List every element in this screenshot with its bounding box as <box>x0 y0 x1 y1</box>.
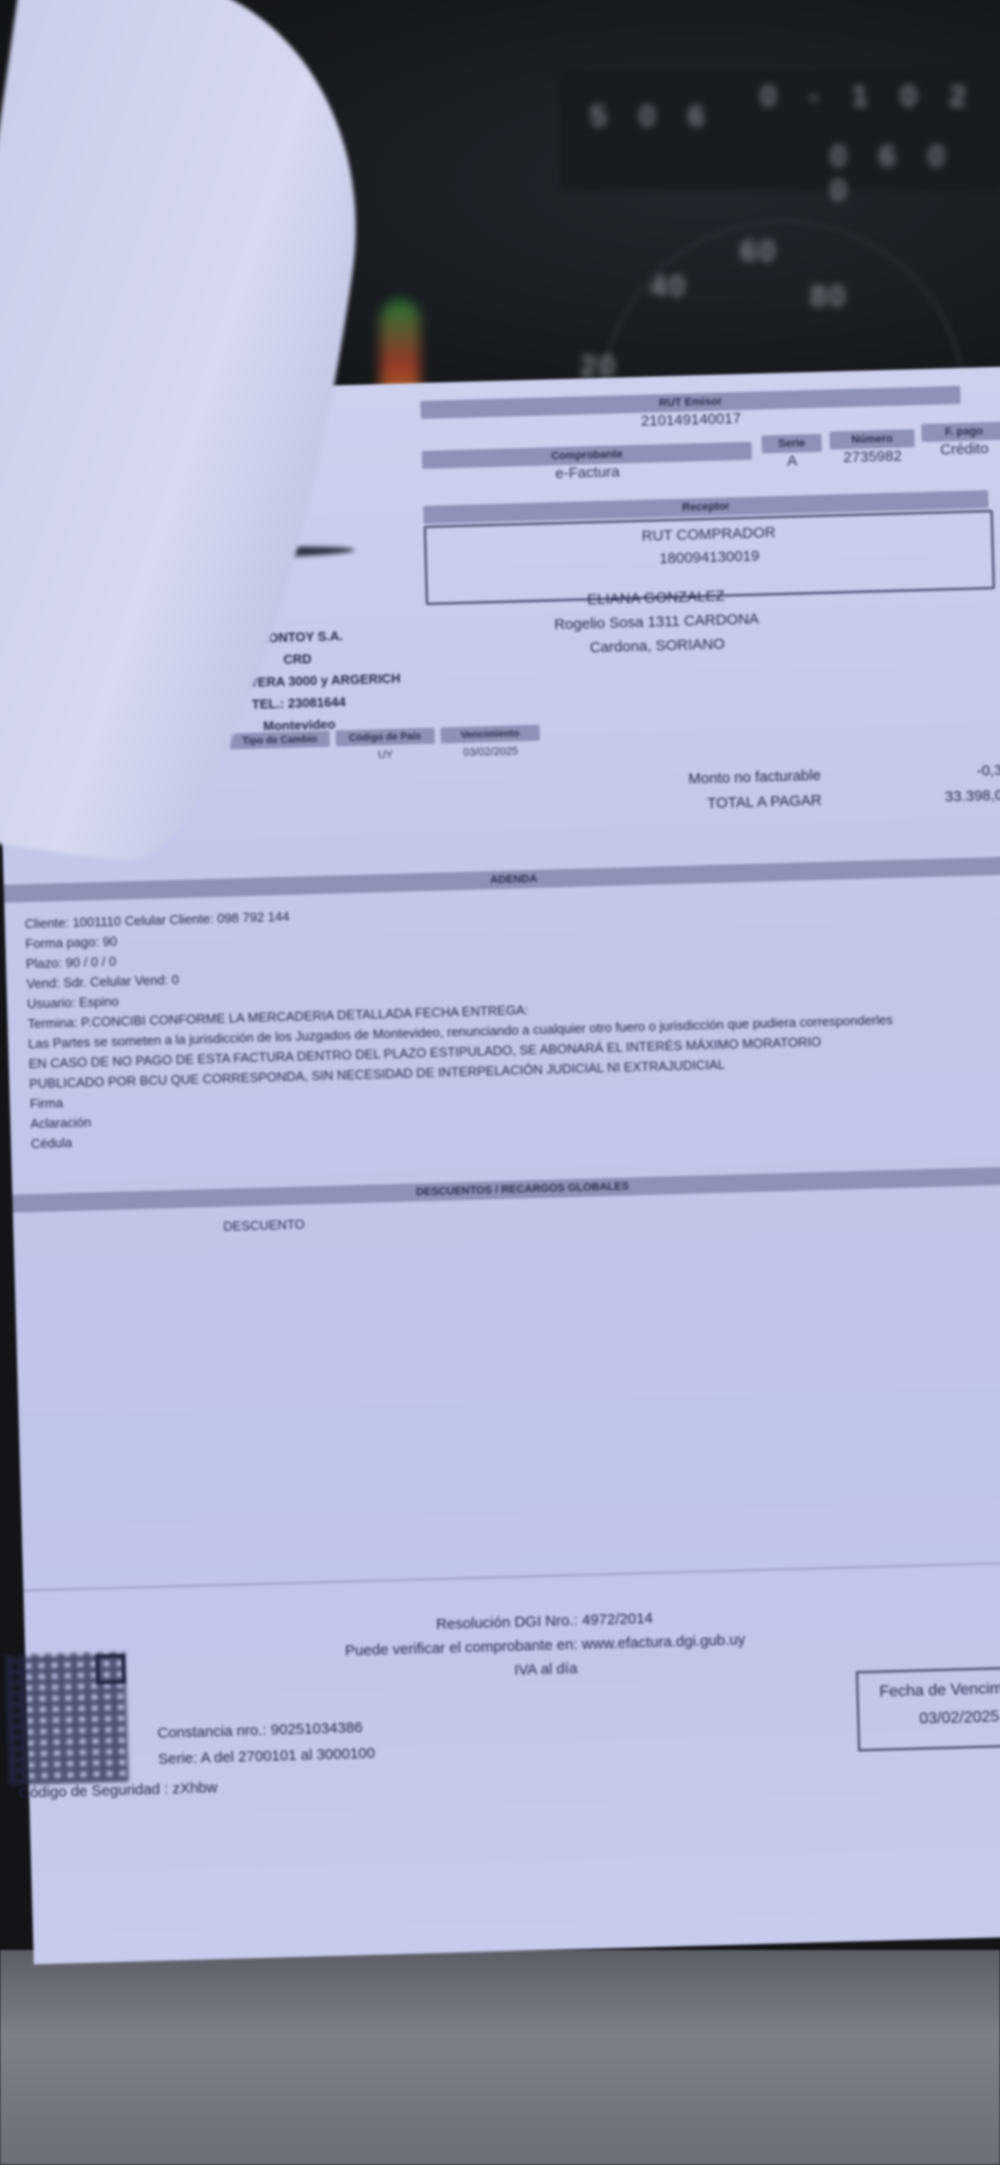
no-facturable-label: Monto no facturable <box>641 767 821 789</box>
totals-block: Monto no facturable -0,35 TOTAL A PAGAR … <box>641 762 1000 822</box>
descuento-line: DESCUENTO <box>223 1217 305 1234</box>
footer-legal: Resolución DGI Nro.: 4972/2014 Puede ver… <box>284 1603 806 1689</box>
vencimiento-label: Fecha de Vencimiento <box>858 1674 1000 1708</box>
numero-label: Número <box>829 429 914 449</box>
forma-pago-field: F. pago Crédito <box>921 422 1000 459</box>
lap-fabric-background <box>0 1950 1000 2165</box>
total-value: 33.398,00 <box>945 787 1000 806</box>
numero-field: Número 2735982 <box>829 429 915 466</box>
comprobante-field: Comprobante e-Factura <box>422 442 753 486</box>
gauge-label: 60 <box>740 235 777 269</box>
table-cell: UY <box>336 748 435 763</box>
serie-value: A <box>762 452 822 471</box>
no-facturable-row: Monto no facturable -0,35 <box>641 762 1000 789</box>
descuentos-header: DESCUENTOS / RECARGOS GLOBALES <box>12 1166 1000 1212</box>
adenda-text: Cliente: 1001110 Celular Cliente: 098 79… <box>25 887 1000 1155</box>
table-header: Tipo de Cambio <box>230 731 330 750</box>
serie-label: Serie <box>761 434 821 454</box>
table-cell <box>231 751 330 754</box>
table-header: Código de País <box>335 728 435 747</box>
footer-divider <box>23 1561 1000 1591</box>
gauge-label: 40 <box>650 270 687 304</box>
receptor-details: ELIANA GONZALEZ Rogelio Sosa 1311 CARDON… <box>476 581 838 663</box>
table-header: Vencimiento <box>440 725 540 744</box>
dashboard-readout: 5 0 6 <box>590 100 717 134</box>
serie-field: Serie A <box>761 434 822 471</box>
forma-pago-value: Crédito <box>922 440 1000 459</box>
serie-rango-text: Serie: A del 2700101 al 3000100 <box>158 1741 376 1773</box>
no-facturable-value: -0,35 <box>976 762 1000 780</box>
dashboard-readout: 0 - 1 0 2 <box>760 80 978 114</box>
vencimiento-box: Fecha de Vencimiento 03/02/2025 <box>856 1666 1000 1752</box>
forma-pago-label: F. pago <box>921 422 1000 442</box>
table-column: Tipo de Cambio <box>230 731 330 766</box>
vencimiento-value: 03/02/2025 <box>859 1702 1000 1736</box>
rut-emisor-field: RUT Emisor 210149140017 <box>420 386 961 436</box>
qr-finder-icon <box>95 1654 126 1685</box>
dashboard-readout: 0 6 0 0 <box>830 140 1000 208</box>
total-label: TOTAL A PAGAR <box>641 792 821 814</box>
total-row: TOTAL A PAGAR 33.398,00 <box>641 787 1000 814</box>
table-column: Vencimiento 03/02/2025 <box>440 725 540 760</box>
numero-value: 2735982 <box>830 447 915 466</box>
table-cell: 03/02/2025 <box>441 745 540 760</box>
table-column: Código de País UY <box>335 728 435 763</box>
constancia-block: Constancia nro.: 90251034386 Serie: A de… <box>157 1715 375 1773</box>
gauge-label: 80 <box>810 280 847 314</box>
